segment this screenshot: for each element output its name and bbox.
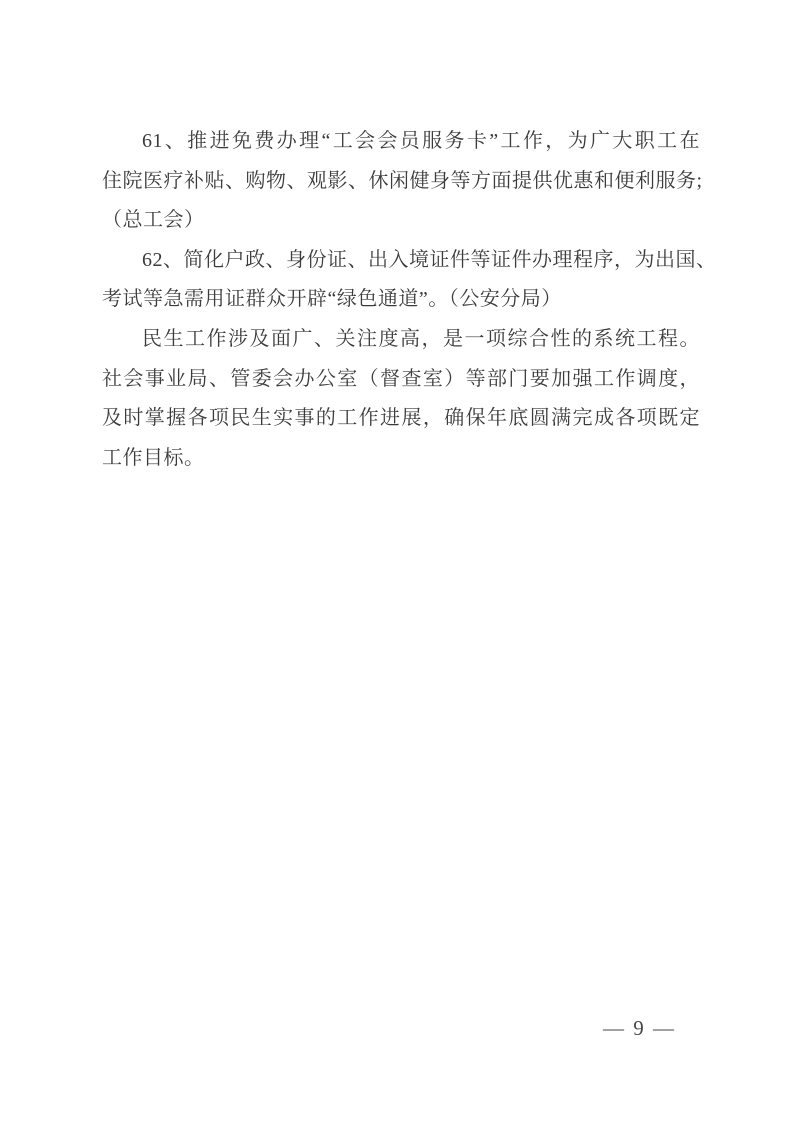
- document-page: 61、推进免费办理“工会会员服务卡”工作，为广大职工在 住院医疗补贴、购物、观影…: [0, 0, 800, 1131]
- text-line: 工作目标。: [102, 439, 700, 479]
- text-line: 61、推进免费办理“工会会员服务卡”工作，为广大职工在: [102, 122, 700, 162]
- text-line: 62、简化户政、身份证、出入境证件等证件办理程序，为出国、: [102, 241, 700, 281]
- document-body: 61、推进免费办理“工会会员服务卡”工作，为广大职工在 住院医疗补贴、购物、观影…: [102, 122, 700, 478]
- paragraph-item-61: 61、推进免费办理“工会会员服务卡”工作，为广大职工在 住院医疗补贴、购物、观影…: [102, 122, 700, 241]
- text-line: 考试等急需用证群众开辟“绿色通道”。（公安分局）: [102, 280, 700, 320]
- paragraph-item-62: 62、简化户政、身份证、出入境证件等证件办理程序，为出国、 考试等急需用证群众开…: [102, 241, 700, 320]
- text-line: 民生工作涉及面广、关注度高，是一项综合性的系统工程。: [102, 320, 700, 360]
- text-line: 及时掌握各项民生实事的工作进展，确保年底圆满完成各项既定: [102, 399, 700, 439]
- text-line: 社会事业局、管委会办公室（督查室）等部门要加强工作调度，: [102, 360, 700, 400]
- text-line: 住院医疗补贴、购物、观影、休闲健身等方面提供优惠和便利服务;: [102, 162, 700, 202]
- paragraph-closing: 民生工作涉及面广、关注度高，是一项综合性的系统工程。 社会事业局、管委会办公室（…: [102, 320, 700, 478]
- text-line: （总工会）: [102, 201, 700, 241]
- page-number: — 9 —: [603, 1016, 676, 1041]
